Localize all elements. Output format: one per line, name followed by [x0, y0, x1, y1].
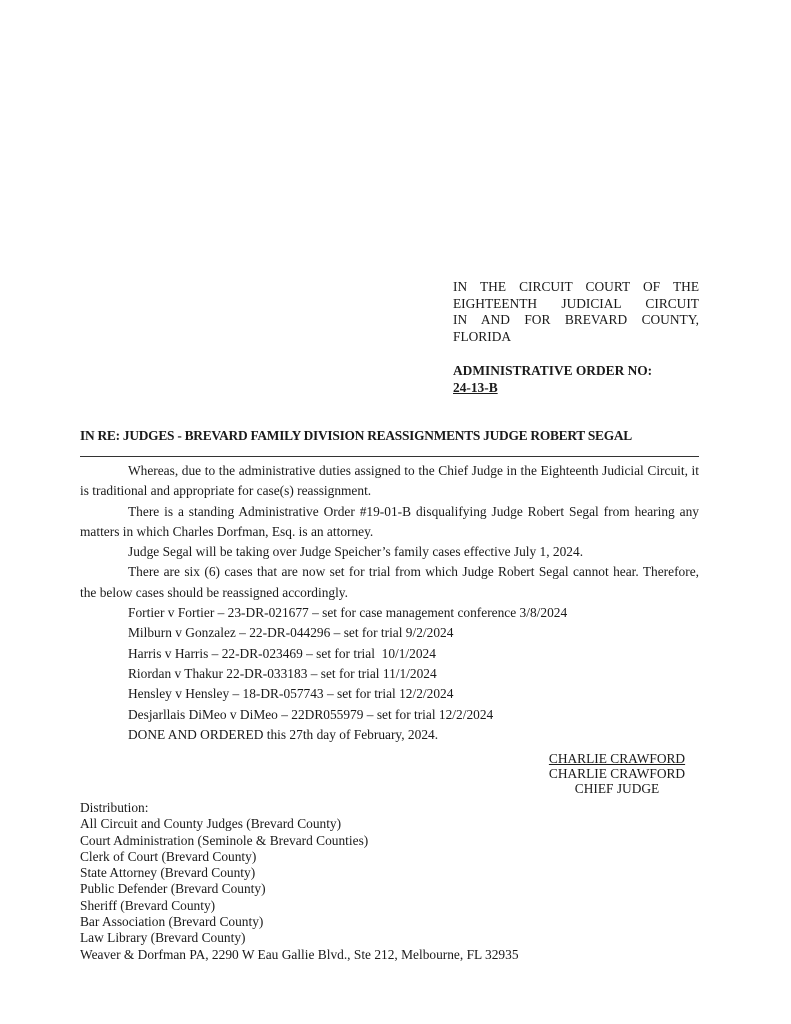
- distribution-recipient: Bar Association (Brevard County): [80, 914, 519, 930]
- document-title: IN RE: JUDGES - BREVARD FAMILY DIVISION …: [80, 428, 700, 444]
- caption-line: EIGHTEENTH JUDICIAL CIRCUIT: [453, 296, 699, 313]
- distribution-recipient: Sheriff (Brevard County): [80, 898, 519, 914]
- order-number: 24-13-B: [453, 380, 498, 397]
- distribution-recipient: Law Library (Brevard County): [80, 930, 519, 946]
- case-item: Harris v Harris – 22-DR-023469 – set for…: [80, 644, 699, 664]
- distribution-list: Distribution: All Circuit and County Jud…: [80, 800, 519, 963]
- signer-title: CHIEF JUDGE: [522, 781, 712, 796]
- case-item: Fortier v Fortier – 23-DR-021677 – set f…: [80, 603, 699, 623]
- paragraph: There is a standing Administrative Order…: [80, 502, 699, 543]
- caption-line: IN THE CIRCUIT COURT OF THE: [453, 279, 699, 296]
- paragraph: There are six (6) cases that are now set…: [80, 562, 699, 603]
- distribution-recipient: Court Administration (Seminole & Brevard…: [80, 833, 519, 849]
- distribution-recipient: Weaver & Dorfman PA, 2290 W Eau Gallie B…: [80, 947, 519, 963]
- distribution-recipient: Public Defender (Brevard County): [80, 881, 519, 897]
- case-item: Milburn v Gonzalez – 22-DR-044296 – set …: [80, 623, 699, 643]
- distribution-heading: Distribution:: [80, 800, 519, 816]
- court-caption: IN THE CIRCUIT COURT OF THE EIGHTEENTH J…: [453, 279, 699, 345]
- caption-line: FLORIDA: [453, 329, 699, 346]
- distribution-recipient: State Attorney (Brevard County): [80, 865, 519, 881]
- signature-block: CHARLIE CRAWFORD CHARLIE CRAWFORD CHIEF …: [522, 751, 712, 797]
- title-divider: [80, 456, 699, 457]
- distribution-recipient: All Circuit and County Judges (Brevard C…: [80, 816, 519, 832]
- case-item: Riordan v Thakur 22-DR-033183 – set for …: [80, 664, 699, 684]
- signer-name: CHARLIE CRAWFORD: [522, 766, 712, 781]
- paragraph: Judge Segal will be taking over Judge Sp…: [80, 542, 699, 562]
- order-label: ADMINISTRATIVE ORDER NO:: [453, 363, 652, 380]
- closing-statement: DONE AND ORDERED this 27th day of Februa…: [80, 725, 699, 745]
- paragraph: Whereas, due to the administrative dutie…: [80, 461, 699, 502]
- case-item: Desjarllais DiMeo v DiMeo – 22DR055979 –…: [80, 705, 699, 725]
- case-item: Hensley v Hensley – 18-DR-057743 – set f…: [80, 684, 699, 704]
- distribution-recipient: Clerk of Court (Brevard County): [80, 849, 519, 865]
- order-body: Whereas, due to the administrative dutie…: [80, 461, 699, 745]
- caption-line: IN AND FOR BREVARD COUNTY,: [453, 312, 699, 329]
- signature: CHARLIE CRAWFORD: [522, 751, 712, 766]
